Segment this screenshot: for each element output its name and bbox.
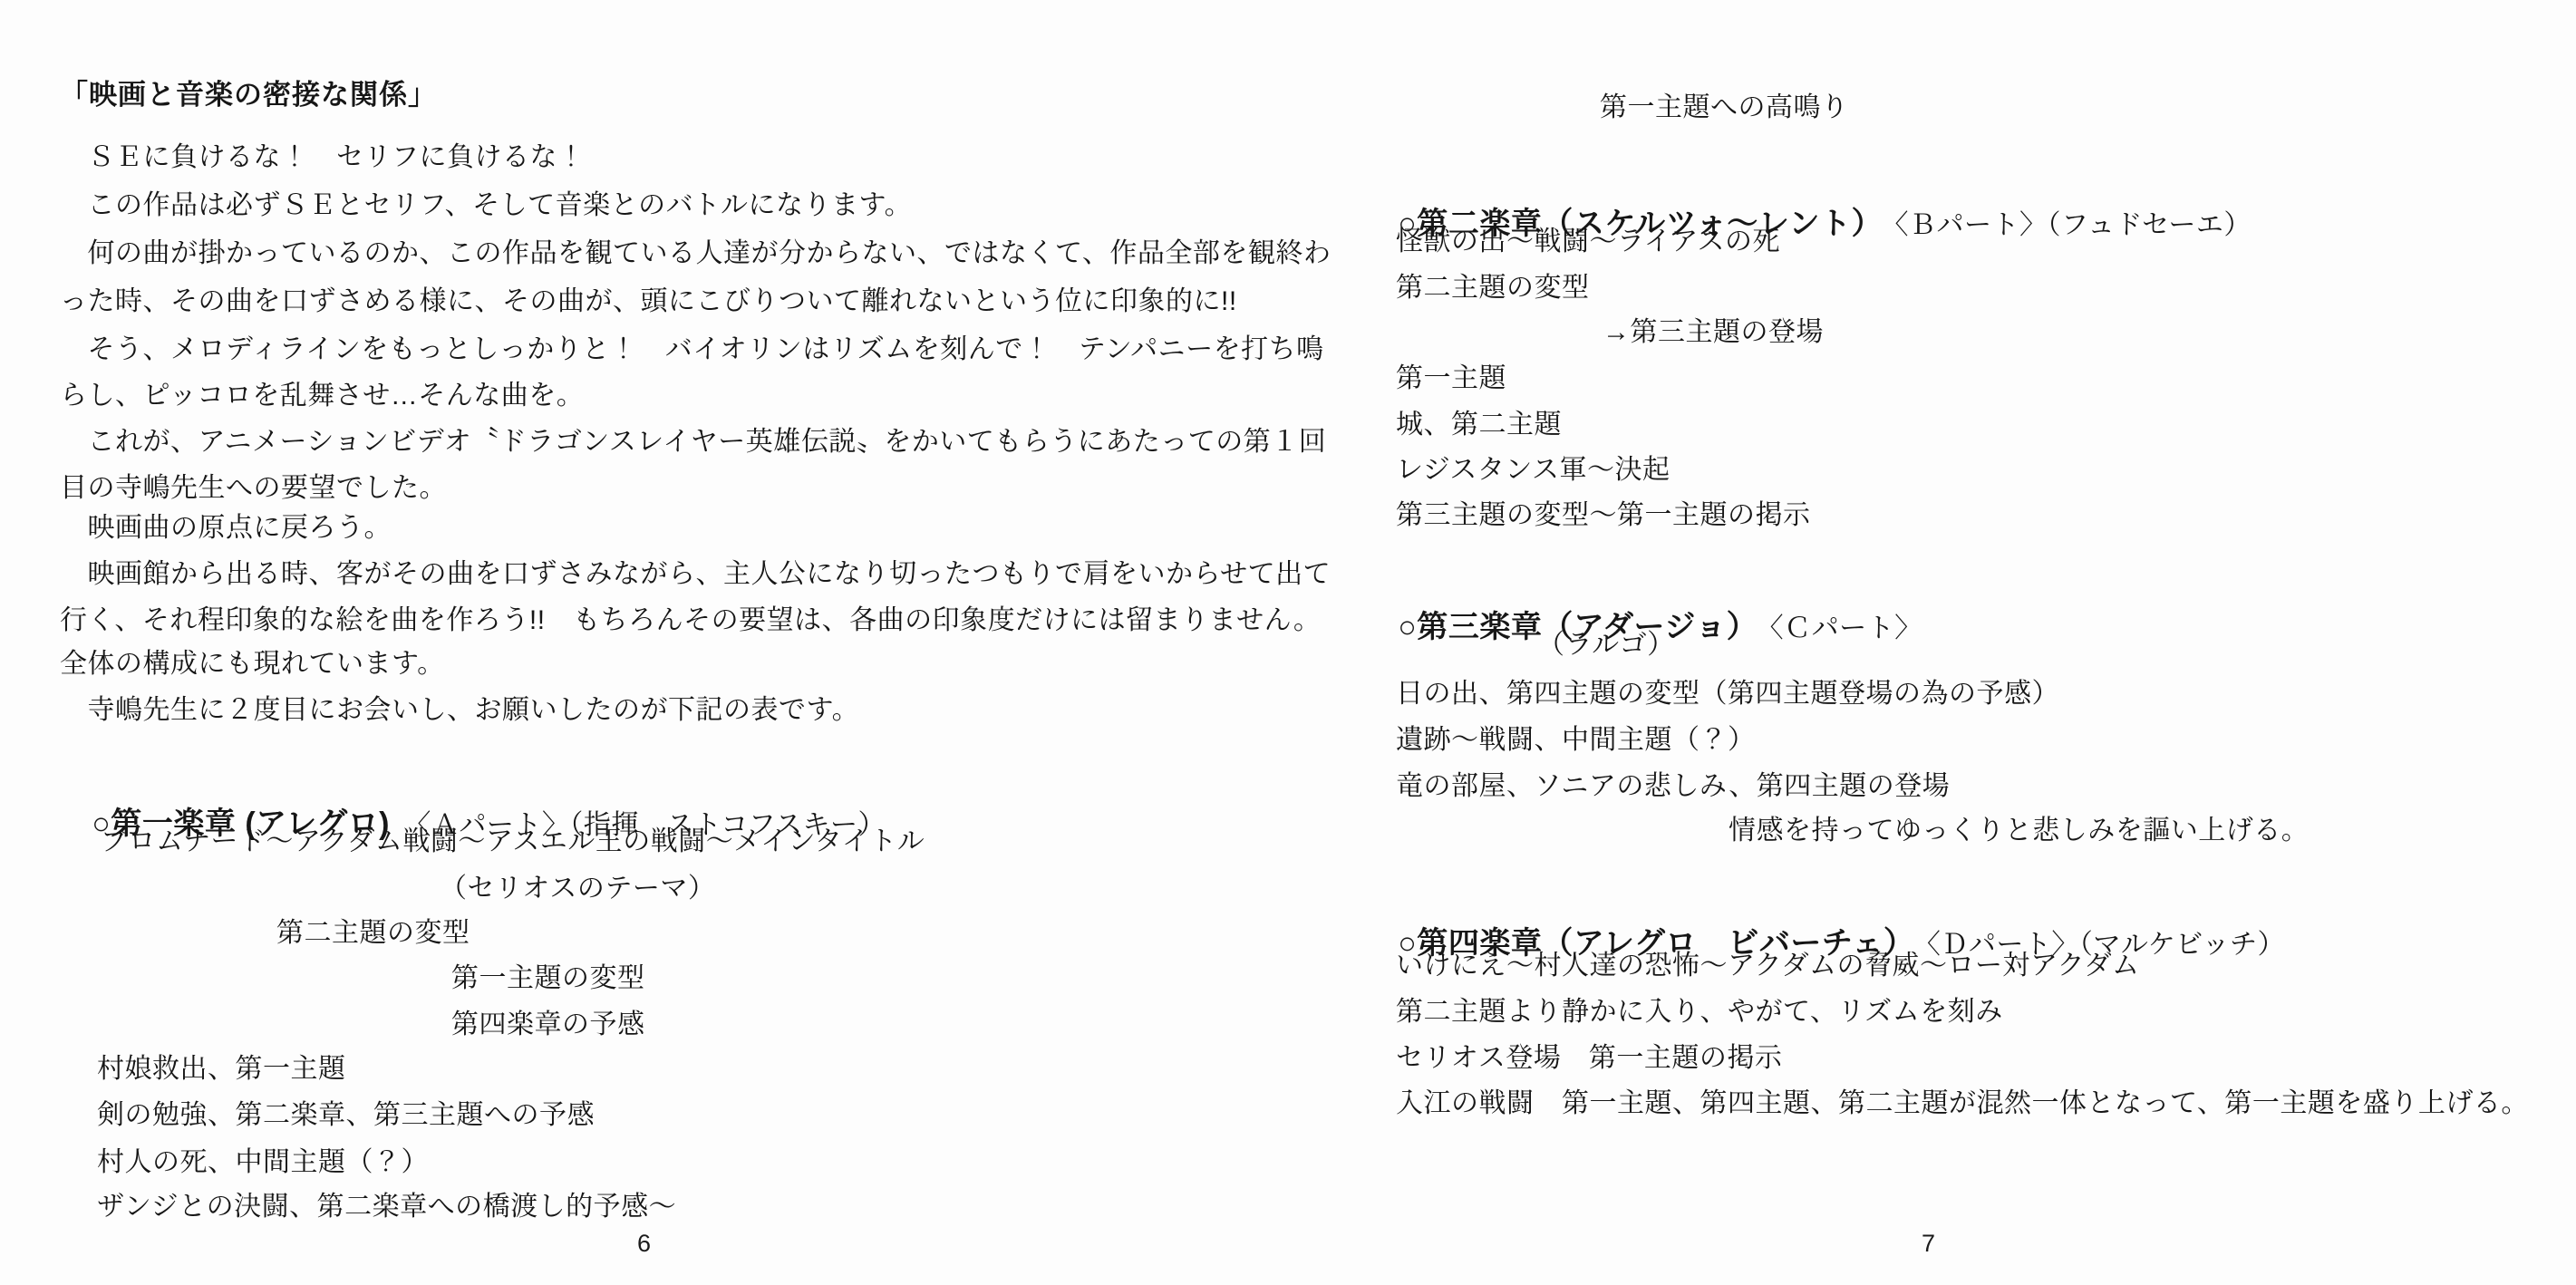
score-line: 第二主題の変型 — [1396, 271, 1590, 305]
score-line: 遺跡～戦闘、中間主題（？） — [1396, 723, 1756, 758]
score-line: 日の出、第四主題の変型（第四主題登場の為の予感） — [1396, 677, 2059, 711]
score-line: 第三主題の変型～第一主題の掲示 — [1396, 498, 1811, 533]
score-line: （ラルゴ） — [1537, 628, 1675, 662]
score-line: レジスタンス軍～決起 — [1396, 453, 1670, 488]
score-line: 第一主題 — [1396, 362, 1506, 396]
score-line: いけにえ～村人達の恐怖～アクダムの脅威～ロー対アクダム — [1396, 949, 2140, 983]
score-line: 怪獣の出～戦闘～ライアスの死 — [1396, 225, 1780, 259]
score-line: 第二主題より静かに入り、やがて、リズムを刻み — [1396, 995, 2003, 1029]
score-line: →第三主題の登場 — [1603, 315, 1824, 350]
movement2-heading: ○第二楽章（スケルツォ～レント） 〈Ｂパート〉（フュドセーエ） — [1366, 170, 2252, 277]
page-right: 第一主題への高鳴り ○第二楽章（スケルツォ～レント） 〈Ｂパート〉（フュドセーエ… — [0, 0, 2576, 1285]
score-line: セリオス登場 第一主題の掲示 — [1396, 1041, 1782, 1076]
page-number-right: 7 — [1922, 1229, 1935, 1260]
movement3-heading-note: 〈Ｃパート〉 — [1742, 614, 1922, 643]
score-line: 入江の戦闘 第一主題、第四主題、第二主題が混然一体となって、第一主題を盛り上げる… — [1396, 1087, 2529, 1121]
movement3-heading: ○第三楽章（アダージョ） 〈Ｃパート〉 — [1366, 574, 1922, 681]
score-line: 情感を持ってゆっくりと悲しみを謳い上げる。 — [1729, 814, 2309, 848]
book-spread: { "page_left": { "title": "「映画と音楽の密接な関係」… — [0, 0, 2576, 1285]
score-line: 竜の部屋、ソニアの悲しみ、第四主題の登場 — [1396, 769, 1950, 804]
movement2-heading-note: 〈Ｂパート〉（フュドセーエ） — [1867, 210, 2252, 240]
score-line: 城、第二主題 — [1396, 408, 1562, 442]
continuation-line: 第一主題への高鳴り — [1600, 91, 1849, 125]
